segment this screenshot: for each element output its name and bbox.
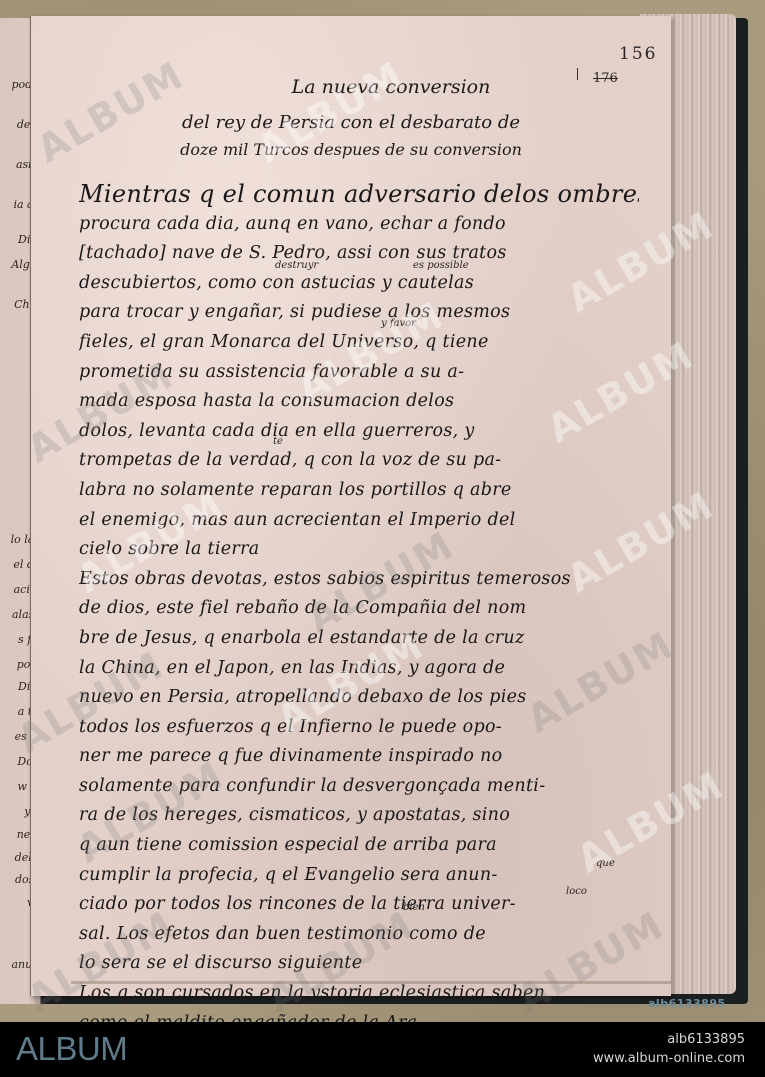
- text-line: trompetas de la verdad, q con la voz de …: [79, 446, 639, 476]
- manuscript-body: Mientras q el comun adversario delos omb…: [79, 180, 639, 1022]
- text-line: sal. Los efetos dan buen testimonio como…: [79, 920, 639, 950]
- title-line: La nueva conversion: [31, 76, 711, 98]
- text-line: q aun tiene comission especial de arriba…: [79, 831, 639, 861]
- folio-number: 156: [619, 44, 657, 64]
- text-line: prometida su assistencia favorable a su …: [79, 358, 639, 388]
- text-line: la China, en el Japon, en las Indias, y …: [79, 654, 639, 684]
- image-id: alb6133895: [667, 1032, 745, 1047]
- text-line: para trocar y engañar, si pudiese a los …: [79, 298, 639, 328]
- text-line: lo sera se el discurso siguiente: [79, 949, 639, 979]
- text-line: labra no solamente reparan los portillos…: [79, 476, 639, 506]
- album-logo: ALBUM: [16, 1030, 127, 1068]
- text-line: ciado por todos los rincones de la tierr…: [79, 890, 639, 920]
- site-url[interactable]: www.album-online.com: [593, 1051, 745, 1066]
- text-line: [tachado] nave de S. Pedro, assi con sus…: [79, 239, 639, 269]
- text-line: cumplir la profecia, q el Evangelio sera…: [79, 861, 639, 891]
- text-line: todos los esfuerzos q el Infierno le pue…: [79, 713, 639, 743]
- title-line: doze mil Turcos despues de su conversion: [31, 140, 671, 159]
- text-line: Mientras q el comun adversario delos omb…: [79, 180, 639, 210]
- text-line: el enemigo, mas aun acrecientan el Imper…: [79, 506, 639, 536]
- text-line: de dios, este fiel rebaño de la Compañia…: [79, 594, 639, 624]
- title-line: del rey de Persia con el desbarato de: [31, 112, 671, 133]
- text-line: fieles, el gran Monarca del Universo, q …: [79, 328, 639, 358]
- text-line: solamente para confundir la desvergonçad…: [79, 772, 639, 802]
- manuscript-photo: poder de la asigr ia am Dian Algun Chris…: [0, 0, 765, 1022]
- text-line: bre de Jesus, q enarbola el estandarte d…: [79, 624, 639, 654]
- edge-image-id: alb6133895: [648, 997, 726, 1010]
- manuscript-page: 156 176 La nueva conversion del rey de P…: [30, 16, 671, 996]
- text-line: descubiertos, como con astucias y cautel…: [79, 269, 639, 299]
- text-line: procura cada dia, aunq en vano, echar a …: [79, 210, 639, 240]
- text-line: ra de los hereges, cismaticos, y apostat…: [79, 801, 639, 831]
- text-line: dolos, levanta cada dia en ella guerrero…: [79, 417, 639, 447]
- footer-bar: ALBUM alb6133895 www.album-online.com: [0, 1022, 765, 1077]
- text-line: mada esposa hasta la consumacion delos: [79, 387, 639, 417]
- water-stain: [71, 981, 671, 984]
- text-line: como el maldito engañador de la Ara: [79, 1009, 639, 1022]
- text-line: Estos obras devotas, estos sabios espiri…: [79, 565, 639, 595]
- text-line: nuevo en Persia, atropellando debaxo de …: [79, 683, 639, 713]
- text-line: ner me parece q fue divinamente inspirad…: [79, 742, 639, 772]
- text-line: cielo sobre la tierra: [79, 535, 639, 565]
